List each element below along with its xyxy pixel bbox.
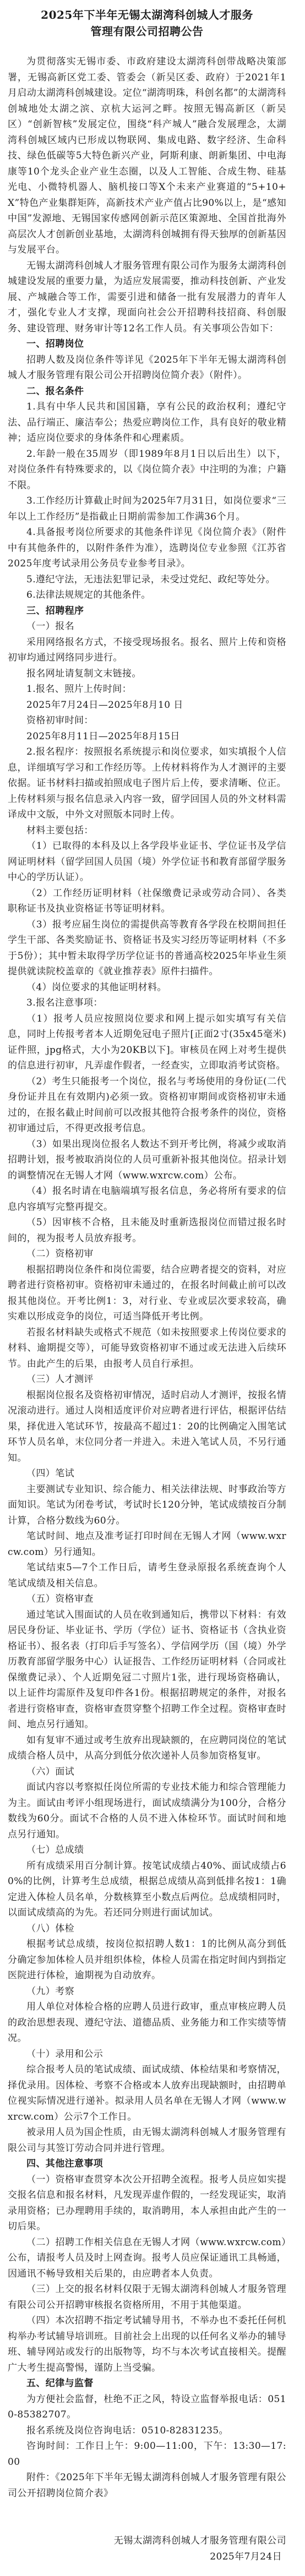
paragraph: （4）岗位要求的其他证明材料。	[8, 980, 286, 996]
paragraph: 主要测试专业知识、综合能力、相关法律法规、时事政治等方面知识。笔试为闭卷考试，考…	[8, 1482, 286, 1529]
signature-company: 无锡太湖湾科创城人才服务管理有限公司	[8, 2533, 286, 2549]
signature-date: 2025年7月24日	[8, 2549, 286, 2565]
paragraph: 材料主要包括：	[8, 823, 286, 839]
section-heading: 一、招聘岗位	[8, 336, 286, 352]
paragraph: 被录用人员为国企性质，由无锡太湖湾科创城人才服务管理有限公司与其签订劳动合同并进…	[8, 2125, 286, 2156]
paragraph: （四）笔试	[8, 1466, 286, 1482]
paragraph: 咨询时间：工作日上午：9:00—11:00，下午：13:30—17:00	[8, 2438, 286, 2470]
paragraph: 2025年8月11日—2025年8月15日	[8, 729, 286, 745]
paragraph: 若报名材料缺失或格式不规范（如未按照要求上传岗位要求的材料、逾期提交等），可能导…	[8, 1325, 286, 1372]
paragraph: 5.遵纪守法，无违法犯罪记录，未受过党纪、政纪等处分。	[8, 572, 286, 588]
paragraph: 4.具备报考岗位所要求的其他条件详见《岗位简介表》（附件中有其他条件的，以附件条…	[8, 525, 286, 572]
section-heading: 二、报名条件	[8, 384, 286, 400]
paragraph: 通过笔试入围面试的人员在收到通知后，携带以下材料：有效居民身份证、毕业证书、学历…	[8, 1607, 286, 1733]
paragraph: （3）报考应届生岗位的需提供高等教育各学段在校期间担任学生干部、各类奖励证书、资…	[8, 917, 286, 980]
paragraph: 1.具有中华人民共和国国籍，享有公民的政治权利；遵纪守法、品行端正、廉洁奉公；热…	[8, 399, 286, 446]
paragraph: （二）招聘工作相关信息在无锡人才网（www.wxrcw.com）公布，请报考人员…	[8, 2235, 286, 2282]
document-title-line1: 2025年下半年无锡太湖湾科创城人才服务	[8, 7, 286, 23]
paragraph: （四）本次招聘不指定考试辅导用书，不举办也不委托任何机构举办考试辅导培训班。目前…	[8, 2313, 286, 2376]
paragraph: 笔试时间、地点及准考证打印时间在无锡人才网（www.wxrcw.com）另行通知…	[8, 1529, 286, 1560]
paragraph: 所有成绩采用百分制计算。按笔试成绩占40%、面试成绩占60%的比例，计算考生总成…	[8, 1858, 286, 1921]
paragraph: 无锡太湖湾科创城人才服务管理有限公司作为服务太湖湾科创城建设发展的重要力量，为适…	[8, 258, 286, 337]
section-heading: 三、招聘程序	[8, 603, 286, 619]
section-heading: 四、其他注意事项	[8, 2156, 286, 2172]
document-body: 为贯彻落实无锡市委、市政府建设太湖湾科创带战略决策部署，无锡高新区党工委、管委会…	[8, 54, 286, 2501]
paragraph: （4）报名时请在电脑端填写报名信息，务必将所有要求的信息内容填写完整再提交。	[8, 1183, 286, 1215]
paragraph: 3.报名注意事项：	[8, 995, 286, 1011]
paragraph: 附件：《2025年下半年无锡太湖湾科创城人才服务管理有限公司公开招聘岗位简介表》	[8, 2470, 286, 2501]
paragraph: （3）如果出现岗位报名人数达不到开考比例，将减少或取消招聘计划，报考被取消岗位的…	[8, 1137, 286, 1184]
paragraph: 为方便社会监督，杜绝不正之风，特设立监督举报电话：0510-85382707。	[8, 2392, 286, 2423]
paragraph: 笔试结束5—7个工作日后，请考生登录原报名系统查询个人笔试成绩及相关信息。	[8, 1560, 286, 1591]
paragraph: （1）报考人员应按照岗位要求和网上提示如实填写有关信息，同时上传报考者本人近期免…	[8, 1011, 286, 1074]
paragraph: 3.工作经历计算截止时间为2025年7月31日，如岗位要求“三年以上工作经历”是…	[8, 493, 286, 525]
paragraph: （2）考生只能报考一个岗位，报名与考场使用的身份证(二代身份证并且在有效期内)必…	[8, 1074, 286, 1137]
paragraph: 2025年7月24日—2025年8月10 日	[8, 697, 286, 713]
paragraph: （5）因审核不合格，且未能及时重新选报岗位而错过报名时间的，视为报考人员放弃报考…	[8, 1215, 286, 1246]
paragraph: 报名系统及岗位咨询电话：0510-82831235。	[8, 2423, 286, 2439]
paragraph: 报名网址请复制文末链接。	[8, 666, 286, 682]
paragraph: 为贯彻落实无锡市委、市政府建设太湖湾科创带战略决策部署，无锡高新区党工委、管委会…	[8, 54, 286, 258]
paragraph: （一）报名	[8, 619, 286, 635]
paragraph: 根据岗位报名及资格初审情况，适时启动人才测评，按报名情况滚动进行。通过人岗相适度…	[8, 1388, 286, 1466]
paragraph: 采用网络报名方式，不接受现场报名。报名、照片上传和资格初审均通过网络同步进行。	[8, 635, 286, 666]
paragraph: （2）工作经历证明材料（社保缴费记录或劳动合同）、各类职称证书及执业资格证书等证…	[8, 886, 286, 917]
paragraph: 根据考试总成绩，按岗位拟招聘人数1：1的比例从高分到低分确定参加体检人员并组织体…	[8, 1936, 286, 1984]
paragraph: （三）人才测评	[8, 1372, 286, 1388]
paragraph: （七）总成绩	[8, 1842, 286, 1858]
paragraph: 面试内容以考察拟任岗位所需的专业技术能力和综合管理能力为主。面试由考评小组现场进…	[8, 1780, 286, 1842]
paragraph: 招聘人数及岗位条件等详见《2025年下半年无锡太湖湾科创城人才服务管理有限公司公…	[8, 352, 286, 384]
paragraph: （二）资格初审	[8, 1246, 286, 1262]
paragraph: 用人单位对体检合格的应聘人员进行政审，重点审核应聘人员的政治思想表现、遵纪守法、…	[8, 1999, 286, 2046]
paragraph: 资格初审时间：	[8, 713, 286, 729]
paragraph: 2.报名程序：按照报名系统提示和岗位要求，如实填报个人信息，详细填写学习和工作经…	[8, 744, 286, 823]
paragraph: （六）面试	[8, 1764, 286, 1780]
paragraph: （九）考察	[8, 1984, 286, 2000]
paragraph: 根据招聘岗位条件和岗位需要，结合应聘者提交的资料，对应聘者进行资格初审。资格初审…	[8, 1262, 286, 1325]
paragraph: （十）录用和公示	[8, 2046, 286, 2062]
paragraph: （八）体检	[8, 1921, 286, 1937]
paragraph: （三）上交的报名材料仅限于无锡太湖湾科创城人才服务管理有限公司公开招聘审核报名资…	[8, 2282, 286, 2313]
paragraph: （五）资格审查	[8, 1591, 286, 1607]
paragraph: 综合报考人员的笔试成绩、面试成绩、体检结果和考察情况，择优录用。因体检、考察不合…	[8, 2062, 286, 2125]
document-title: 2025年下半年无锡太湖湾科创城人才服务 管理有限公司招聘公告	[8, 7, 286, 40]
announcement-document: 2025年下半年无锡太湖湾科创城人才服务 管理有限公司招聘公告 为贯彻落实无锡市…	[0, 0, 305, 2576]
paragraph: （一）资格审查贯穿本次公开招聘全流程。报考人员应如实提交报名信息和报名材料，凡发…	[8, 2172, 286, 2235]
paragraph: （1）已取得的本科及以上各学段毕业证书、学位证书及学信网证明材料（留学回国人员国…	[8, 838, 286, 886]
document-title-line2: 管理有限公司招聘公告	[8, 23, 286, 40]
paragraph: 1.报名、照片上传时间：	[8, 681, 286, 697]
paragraph: 6.法律法规规定的其他条件。	[8, 587, 286, 603]
signature-block: 无锡太湖湾科创城人才服务管理有限公司 2025年7月24日	[8, 2533, 286, 2565]
paragraph: 2.年龄一般在35周岁（即1989年8月1日以后出生）以下，对岗位条件有特殊要求…	[8, 446, 286, 494]
paragraph: 如有复审不通过或考生放弃出现缺额的，在应聘同岗位的笔试成绩合格人员中，从高分到低…	[8, 1733, 286, 1764]
section-heading: 五、纪律与监督	[8, 2376, 286, 2392]
